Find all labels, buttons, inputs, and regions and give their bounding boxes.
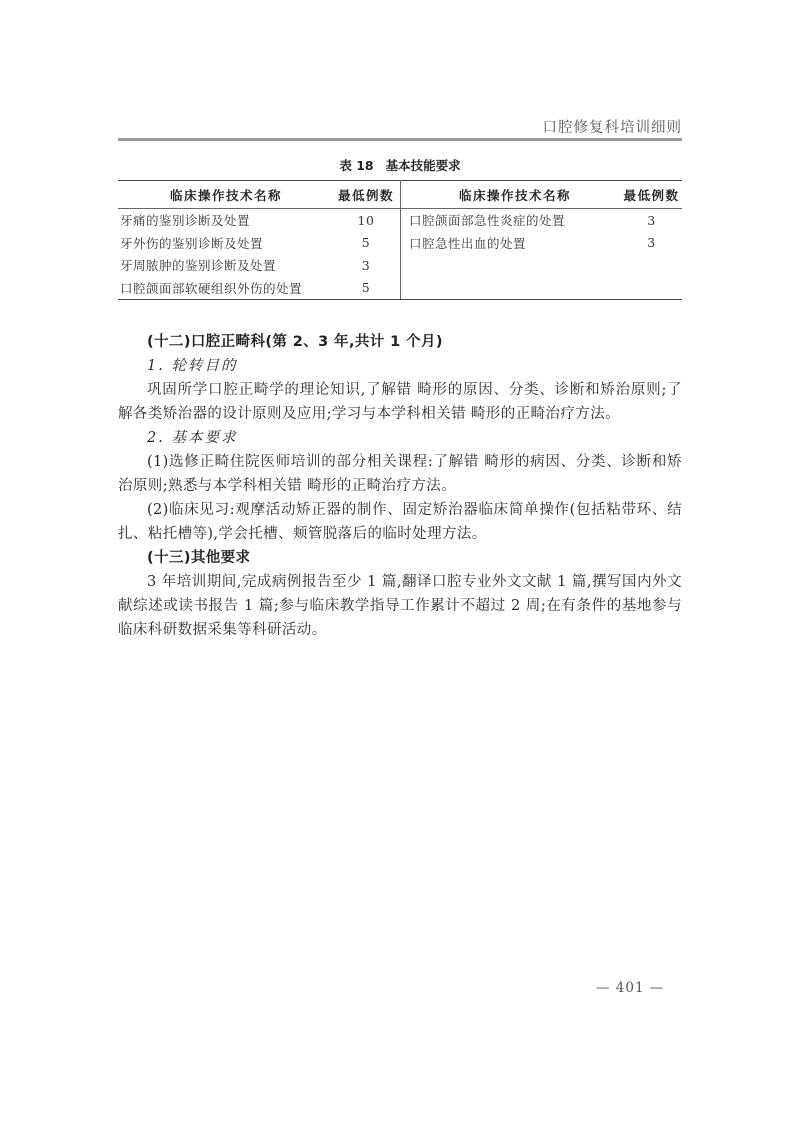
row-name — [401, 277, 622, 300]
row-name: 口腔急性出血的处置 — [401, 232, 622, 255]
header-name-left: 临床操作技术名称 — [118, 181, 332, 209]
header-rule — [118, 138, 682, 141]
header-count-right: 最低例数 — [621, 181, 682, 209]
subheading-basic-requirements: 2. 基本要求 — [118, 426, 682, 450]
paragraph-requirement-2: (2)临床见习:观摩活动矫正器的制作、固定矫治器临床简单操作(包括粘带环、结扎、… — [118, 498, 682, 546]
running-head: 口腔修复科培训细则 — [543, 116, 683, 137]
paragraph-other-requirements: 3 年培训期间,完成病例报告至少 1 篇,翻译口腔专业外文文献 1 篇,撰写国内… — [118, 570, 682, 642]
table-row: 牙痛的鉴别诊断及处置 10 口腔颌面部急性炎症的处置 3 — [118, 209, 682, 232]
row-name: 牙痛的鉴别诊断及处置 — [118, 209, 332, 232]
row-name — [401, 254, 622, 277]
table-row: 牙外伤的鉴别诊断及处置 5 口腔急性出血的处置 3 — [118, 232, 682, 255]
table-caption: 表 18基本技能要求 — [118, 156, 682, 174]
subheading-rotation-purpose: 1. 轮转目的 — [118, 354, 682, 378]
section-heading-other-requirements: (十三)其他要求 — [118, 546, 682, 570]
row-count: 10 — [332, 209, 401, 232]
section-heading-orthodontics: (十二)口腔正畸科(第 2、3 年,共计 1 个月) — [118, 330, 682, 354]
table-row: 牙周脓肿的鉴别诊断及处置 3 — [118, 254, 682, 277]
body-text: (十二)口腔正畸科(第 2、3 年,共计 1 个月) 1. 轮转目的 巩固所学口… — [118, 330, 682, 642]
row-count — [621, 277, 682, 300]
row-name: 牙外伤的鉴别诊断及处置 — [118, 232, 332, 255]
paragraph-requirement-1: (1)选修正畸住院医师培训的部分相关课程:了解错 畸形的病因、分类、诊断和矫治原… — [118, 450, 682, 498]
paragraph-rotation-purpose: 巩固所学口腔正畸学的理论知识,了解错 畸形的原因、分类、诊断和矫治原则;了解各类… — [118, 378, 682, 426]
header-name-right: 临床操作技术名称 — [401, 181, 622, 209]
skills-table: 临床操作技术名称 最低例数 临床操作技术名称 最低例数 牙痛的鉴别诊断及处置 1… — [118, 180, 682, 300]
row-count: 5 — [332, 277, 401, 300]
row-count: 3 — [332, 254, 401, 277]
row-count: 3 — [621, 209, 682, 232]
row-count — [621, 254, 682, 277]
row-name: 口腔颌面部软硬组织外伤的处置 — [118, 277, 332, 300]
table-caption-number: 表 18 — [339, 158, 373, 173]
table-caption-title: 基本技能要求 — [386, 158, 461, 173]
row-name: 口腔颌面部急性炎症的处置 — [401, 209, 622, 232]
row-name: 牙周脓肿的鉴别诊断及处置 — [118, 254, 332, 277]
row-count: 5 — [332, 232, 401, 255]
table-header-row: 临床操作技术名称 最低例数 临床操作技术名称 最低例数 — [118, 181, 682, 209]
row-count: 3 — [621, 232, 682, 255]
page-number: — 401 — — [596, 980, 664, 996]
header-count-left: 最低例数 — [332, 181, 401, 209]
table-row: 口腔颌面部软硬组织外伤的处置 5 — [118, 277, 682, 300]
